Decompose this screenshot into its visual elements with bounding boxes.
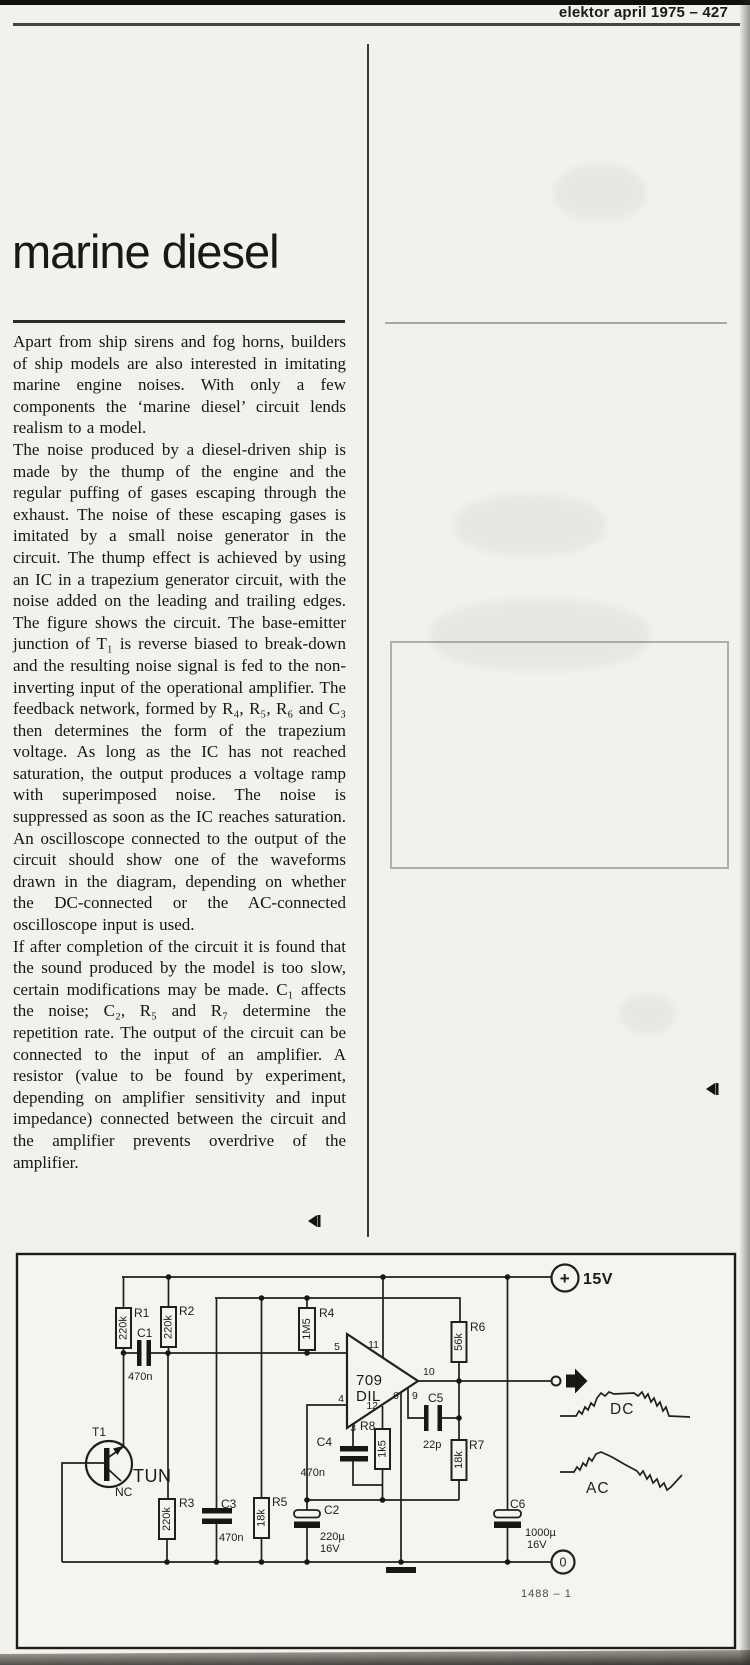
capacitor-ref: C2 — [324, 1503, 340, 1517]
resistor-value: 18k — [453, 1451, 465, 1469]
capacitor-value: 470n — [128, 1371, 152, 1383]
resistor-ref: R1 — [134, 1306, 150, 1320]
opamp-pin9: 9 — [412, 1390, 418, 1402]
resistor-ref: R4 — [319, 1306, 335, 1320]
print-showthrough — [620, 995, 675, 1033]
zero-terminal-label: 0 — [560, 1556, 567, 1570]
transistor-ref: T1 — [92, 1425, 106, 1439]
opamp-pin3: 3 — [350, 1422, 356, 1434]
resistor-value: 220k — [161, 1507, 173, 1531]
article-title: marine diesel — [12, 224, 279, 279]
right-column-rule — [385, 322, 727, 324]
paragraph: If after completion of the circuit it is… — [13, 936, 346, 1174]
capacitor-ref: C3 — [221, 1497, 237, 1511]
magazine-page: elektor april 1975 – 427 marine diesel A… — [0, 0, 750, 1665]
resistor-value: 220k — [118, 1316, 130, 1340]
capacitor-value: 1000µ — [525, 1527, 556, 1539]
opamp-type: 709 — [356, 1372, 383, 1389]
title-rule — [13, 320, 345, 323]
capacitor-ref: C5 — [428, 1391, 444, 1405]
page-right-edge — [740, 0, 750, 1665]
page-header: elektor april 1975 – 427 — [370, 4, 728, 21]
paragraph: The noise produced by a diesel-driven sh… — [13, 439, 346, 936]
paragraph: Apart from ship sirens and fog horns, bu… — [13, 331, 346, 439]
supply-voltage-label: 15V — [583, 1271, 613, 1288]
capacitor-ref: C6 — [510, 1497, 526, 1511]
transistor-type: TUN — [133, 1466, 172, 1486]
waveform-dc-label: DC — [610, 1401, 634, 1418]
resistor-value: 220k — [163, 1315, 175, 1339]
resistor-ref: R7 — [469, 1438, 485, 1452]
opamp-pin11: 11 — [368, 1339, 379, 1351]
column-end-marker-icon — [706, 1083, 719, 1095]
column-divider — [367, 44, 369, 1237]
resistor-value: 18k — [256, 1509, 268, 1527]
capacitor-value: 470n — [301, 1467, 325, 1479]
resistor-value: 1k5 — [377, 1440, 389, 1458]
resistor-ref: R3 — [179, 1496, 195, 1510]
opamp-pin5: 5 — [334, 1341, 340, 1353]
circuit-figure: R1 220k R2 220k R3 220k R4 1M5 R5 18k R6… — [0, 1252, 750, 1654]
transistor-note: NC — [115, 1485, 133, 1499]
opamp-pin4: 4 — [338, 1393, 344, 1405]
resistor-ref: R8 — [360, 1419, 376, 1433]
print-showthrough — [555, 165, 645, 220]
capacitor-voltage: 16V — [527, 1539, 547, 1551]
waveform-ac-label: AC — [586, 1480, 610, 1497]
resistor-value: 1M5 — [301, 1318, 313, 1339]
print-showthrough — [430, 600, 650, 670]
resistor-value: 56k — [453, 1333, 465, 1351]
print-showthrough — [455, 495, 605, 555]
capacitor-value: 220µ — [320, 1531, 345, 1543]
figure-number: 1488 – 1 — [521, 1588, 572, 1600]
resistor-ref: R6 — [470, 1320, 486, 1334]
resistor-ref: R2 — [179, 1304, 195, 1318]
capacitor-value: 470n — [219, 1532, 243, 1544]
plus-symbol: + — [560, 1269, 570, 1288]
ground-symbol — [386, 1567, 416, 1573]
opamp-pin6: 6 — [393, 1390, 399, 1402]
capacitor-voltage: 16V — [320, 1543, 340, 1555]
opamp-pin10: 10 — [423, 1366, 435, 1378]
capacitor-ref: C4 — [317, 1435, 333, 1449]
article-end-marker-icon — [308, 1215, 321, 1227]
resistor-ref: R5 — [272, 1495, 288, 1509]
capacitor-ref: C1 — [137, 1326, 153, 1340]
right-column-empty-figure-box — [390, 641, 729, 869]
header-rule — [13, 23, 740, 26]
capacitor-value: 22p — [423, 1439, 441, 1451]
article-body: Apart from ship sirens and fog horns, bu… — [13, 331, 346, 1173]
opamp-pin12: 12 — [366, 1400, 378, 1412]
